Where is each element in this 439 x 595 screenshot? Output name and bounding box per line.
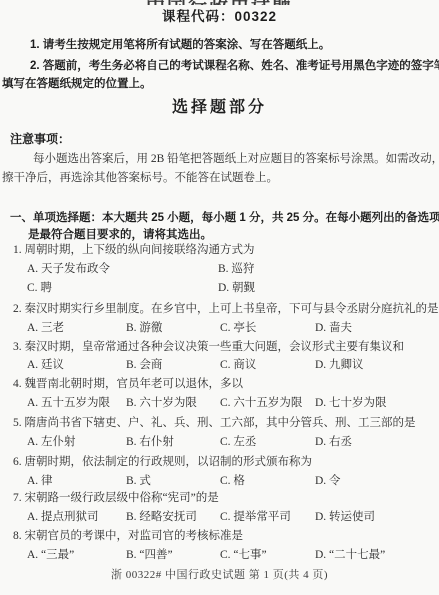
question-3-option-c: C. 商议 (220, 358, 256, 372)
part-title: 选择题部分 (0, 101, 439, 115)
question-8-option-c: C. “七事” (220, 548, 267, 562)
instruction-2-line-2: 填写在答题纸规定的位置上。 (2, 77, 152, 91)
question-5-option-d: D. 右丞 (315, 435, 352, 449)
question-1-option-a: A. 天子发布政令 (27, 262, 110, 276)
question-1-options-row-2: C. 聘 D. 朝觐 (0, 281, 439, 295)
question-6-option-d: D. 令 (315, 474, 341, 488)
clipped-exam-title: 中国行政史试题 (0, 0, 439, 5)
question-1-option-d: D. 朝觐 (218, 281, 255, 295)
question-8-option-b: B. “四善” (126, 548, 173, 562)
question-7-options: A. 提点刑狱司 B. 经略安抚司 C. 提举常平司 D. 转运使司 (0, 510, 439, 524)
question-5-options: A. 左仆射 B. 右仆射 C. 左丞 D. 右丞 (0, 435, 439, 449)
section-heading-line-1: 一、单项选择题：本大题共 25 小题，每小题 1 分，共 25 分。在每小题列出… (10, 211, 439, 225)
question-2-options: A. 三老 B. 游徼 C. 亭长 D. 啬夫 (0, 321, 439, 335)
question-2-option-a: A. 三老 (27, 321, 64, 335)
question-8-option-a: A. “三最” (27, 548, 74, 562)
question-8-options: A. “三最” B. “四善” C. “七事” D. “二十七最” (0, 548, 439, 562)
question-5-option-b: B. 右仆射 (126, 435, 174, 449)
question-3-option-d: D. 九卿议 (315, 358, 364, 372)
question-2-option-b: B. 游徼 (126, 321, 162, 335)
question-6-option-c: C. 格 (220, 474, 245, 488)
question-4-text: 4. 魏晋南北朝时期，官员年老可以退休，多以 (13, 377, 243, 391)
question-1-option-c: C. 聘 (27, 281, 52, 295)
question-6-text: 6. 唐朝时期，依法制定的行政规则，以诏制的形式颁布称为 (13, 455, 312, 469)
question-4-option-d: D. 七十岁为限 (315, 396, 387, 410)
question-2-text: 2. 秦汉时期实行乡里制度。在乡官中，上可上书皇帝，下可与县令丞尉分庭抗礼的是 (13, 302, 439, 316)
question-6-option-b: B. 式 (126, 474, 151, 488)
page-footer: 浙 00322# 中国行政史试题 第 1 页(共 4 页) (0, 568, 439, 582)
question-4-option-b: B. 六十岁为限 (126, 396, 197, 410)
section-heading-line-2: 是最符合题目要求的，请将其选出。 (28, 228, 212, 242)
question-6-option-a: A. 律 (27, 474, 53, 488)
question-1-options-row-1: A. 天子发布政令 B. 巡狩 (0, 262, 439, 276)
question-7-option-c: C. 提举常平司 (220, 510, 291, 524)
instruction-2-line-1: 2. 答题前，考生务必将自己的考试课程名称、姓名、准考证号用黑色字迹的签字笔或钢… (30, 59, 439, 73)
question-7-text: 7. 宋朝路一级行政层级中俗称“宪司”的是 (13, 491, 219, 505)
notice-heading: 注意事项： (10, 132, 70, 146)
question-5-option-a: A. 左仆射 (27, 435, 76, 449)
question-1-text: 1. 周朝时期，上下级的纵向间接联络沟通方式为 (13, 243, 255, 257)
course-code: 课程代码：00322 (0, 10, 439, 24)
question-8-text: 8. 宋朝官员的考课中，对监司官的考核标准是 (13, 529, 243, 543)
question-6-options: A. 律 B. 式 C. 格 D. 令 (0, 474, 439, 488)
question-7-option-b: B. 经略安抚司 (126, 510, 197, 524)
question-1-option-b: B. 巡狩 (218, 262, 254, 276)
question-3-options: A. 廷议 B. 会商 C. 商议 D. 九卿议 (0, 358, 439, 372)
question-5-option-c: C. 左丞 (220, 435, 256, 449)
question-3-text: 3. 秦汉时期，皇帝常通过各种会议决策一些重大问题，会议形式主要有集议和 (13, 340, 404, 354)
question-2-option-d: D. 啬夫 (315, 321, 352, 335)
notice-line-2: 擦干净后，再选涂其他答案标号。不能答在试题卷上。 (2, 171, 278, 185)
question-8-option-d: D. “二十七最” (315, 548, 385, 562)
question-4-options: A. 五十五岁为限 B. 六十岁为限 C. 六十五岁为限 D. 七十岁为限 (0, 396, 439, 410)
question-3-option-b: B. 会商 (126, 358, 162, 372)
question-3-option-a: A. 廷议 (27, 358, 64, 372)
question-7-option-a: A. 提点刑狱司 (27, 510, 99, 524)
question-4-option-c: C. 六十五岁为限 (220, 396, 302, 410)
exam-page: 中国行政史试题 课程代码：00322 1. 请考生按规定用笔将所有试题的答案涂、… (0, 0, 439, 595)
instruction-1: 1. 请考生按规定用笔将所有试题的答案涂、写在答题纸上。 (30, 38, 330, 52)
notice-line-1: 每小题选出答案后，用 2B 铅笔把答题纸上对应题目的答案标号涂黑。如需改动，用橡… (33, 152, 439, 166)
question-2-option-c: C. 亭长 (220, 321, 256, 335)
clipped-exam-title-text: 中国行政史试题 (146, 0, 293, 5)
question-7-option-d: D. 转运使司 (315, 510, 375, 524)
question-4-option-a: A. 五十五岁为限 (27, 396, 110, 410)
question-5-text: 5. 隋唐尚书省下辖吏、户、礼、兵、刑、工六部，其中分管兵、刑、工三部的是 (13, 416, 416, 430)
